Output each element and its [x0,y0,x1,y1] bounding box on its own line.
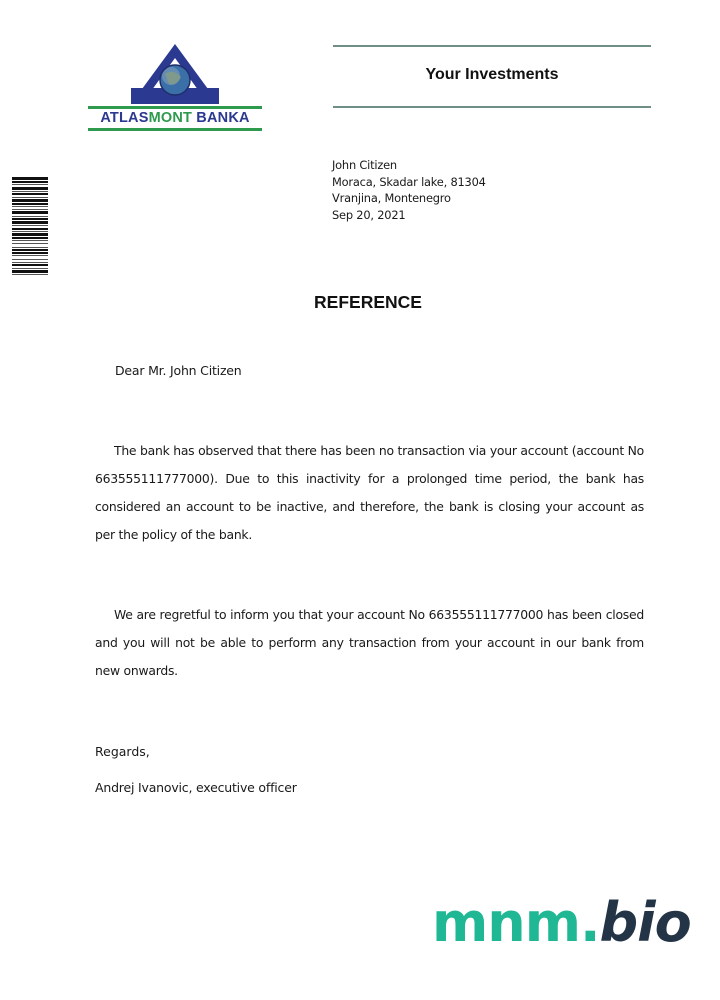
header-title: Your Investments [333,66,651,84]
address-line-2: Vranjina, Montenegro [332,190,486,207]
closing: Regards, [95,744,150,759]
bank-name: ATLASMONT BANKA [88,110,262,126]
recipient-address: John Citizen Moraca, Skadar lake, 81304 … [332,157,486,223]
signature: Andrej Ivanovic, executive officer [95,780,297,795]
logo-divider-top [88,106,262,109]
watermark-logo: mnm.bio [432,896,691,950]
address-line-1: Moraca, Skadar lake, 81304 [332,174,486,191]
header-rule-bottom [333,106,651,108]
document-title: REFERENCE [0,292,720,313]
letter-date: Sep 20, 2021 [332,207,486,224]
bank-logo: ATLASMONT BANKA [88,44,262,132]
logo-divider-bottom [88,128,262,131]
recipient-name: John Citizen [332,157,486,174]
header-rule-top [333,45,651,47]
body-paragraph: We are regretful to inform you that your… [95,601,644,685]
salutation: Dear Mr. John Citizen [115,363,242,378]
barcode-icon [12,177,48,379]
body-paragraph: The bank has observed that there has bee… [95,437,644,549]
triangle-globe-icon [131,44,219,106]
